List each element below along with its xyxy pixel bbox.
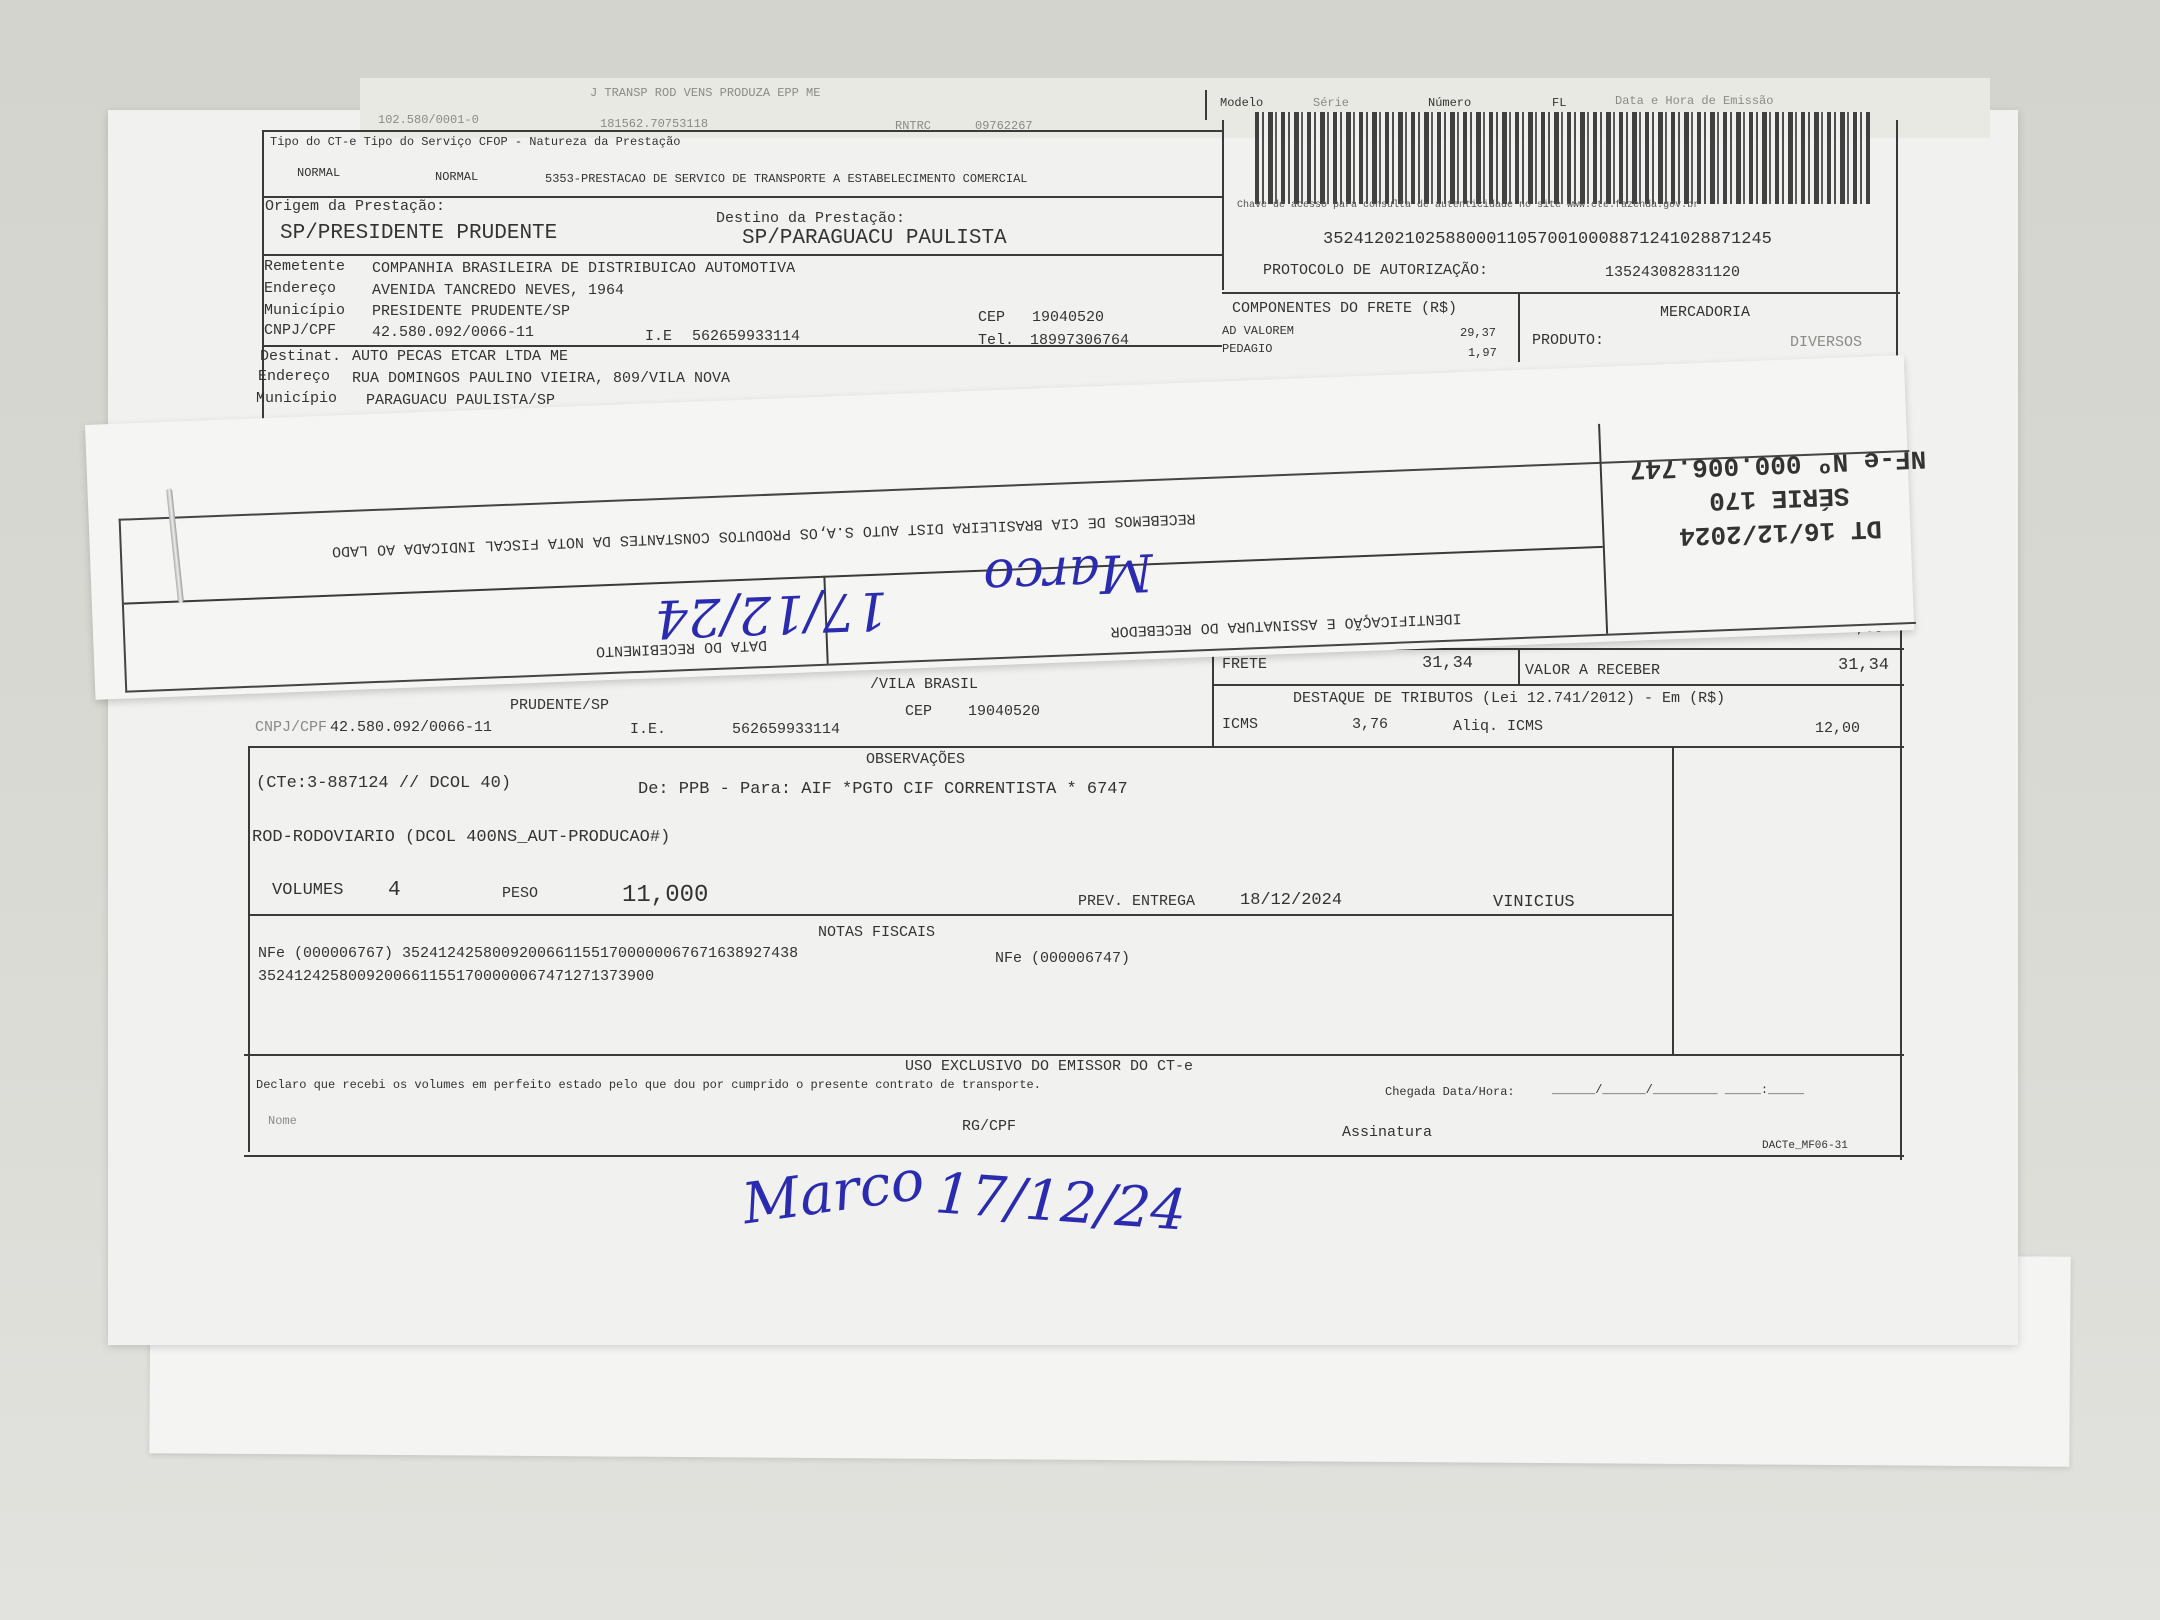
divider <box>248 746 1904 748</box>
issuer-declaration: Declaro que recebi os volumes em perfeit… <box>256 1078 1041 1092</box>
divider <box>248 746 250 1152</box>
frete-value: 31,34 <box>1422 654 1473 673</box>
arrival-blanks: ______/______/_________ _____:_____ <box>1552 1083 1804 1097</box>
barcode-caption: Chave de acesso para consulta de autenti… <box>1237 200 1699 211</box>
operator-name: VINICIUS <box>1493 893 1575 912</box>
divider <box>262 130 1222 132</box>
partial-city-fragment: PRUDENTE/SP <box>510 697 609 714</box>
volumes-value: 4 <box>388 879 401 902</box>
divider <box>262 254 1222 256</box>
recipient-city-label: Município <box>256 390 337 407</box>
sender-city-label: Município <box>264 302 345 319</box>
label-data-hora-emissao: Data e Hora de Emissão <box>1615 94 1773 108</box>
divider <box>1212 648 1214 748</box>
sender-ie: 562659933114 <box>692 328 800 345</box>
sender-ie-label: I.E <box>645 328 672 345</box>
receipt-handwritten-date: 17/12/24 <box>654 579 890 648</box>
peso-value: 11,000 <box>622 882 708 909</box>
sender-label: Remetente <box>264 258 345 275</box>
form-code: DACTe_MF06-31 <box>1762 1140 1848 1152</box>
icms-label: ICMS <box>1222 716 1258 733</box>
cfop-value: 5353-PRESTACAO DE SERVICO DE TRANSPORTE … <box>545 172 1027 186</box>
recipient-label: Destinat. <box>260 348 341 365</box>
emitter-cnpj-fragment: 102.580/0001-0 <box>378 113 479 127</box>
divider <box>248 914 1674 916</box>
recipient-city: PARAGUACU PAULISTA/SP <box>366 392 555 409</box>
taxes-title: DESTAQUE DE TRIBUTOS (Lei 12.741/2012) -… <box>1293 690 1725 707</box>
prev-entrega-value: 18/12/2024 <box>1240 891 1342 910</box>
divider <box>244 1155 1904 1157</box>
freight-item-value: 29,37 <box>1460 326 1496 340</box>
partial-ie-label: I.E. <box>630 721 666 738</box>
divider <box>262 345 1222 347</box>
partial-cep: 19040520 <box>968 703 1040 720</box>
sender-cnpj-label: CNPJ/CPF <box>264 322 336 339</box>
divider <box>1518 292 1520 362</box>
issuer-use-title: USO EXCLUSIVO DO EMISSOR DO CT-e <box>905 1058 1193 1075</box>
partial-neighborhood: /VILA BRASIL <box>870 676 978 693</box>
barcode <box>1255 112 1870 204</box>
emitter-fragment: J TRANSP ROD VENS PRODUZA EPP ME <box>590 86 820 100</box>
divider <box>1900 748 1902 1160</box>
tipo-cte-value: NORMAL <box>297 166 340 180</box>
divider <box>1205 90 1207 120</box>
invoice-line-1b: NFe (000006747) <box>995 950 1130 967</box>
merchandise-title: MERCADORIA <box>1660 304 1750 321</box>
partial-cep-label: CEP <box>905 703 932 720</box>
partial-cnpj-label: CNPJ/CPF <box>255 719 327 736</box>
divider <box>1222 292 1900 294</box>
invoice-line-2: 3524124258009200661155170000006747127137… <box>258 968 654 985</box>
label-fl: FL <box>1552 96 1566 110</box>
divider <box>1598 424 1608 634</box>
sender-cep: 19040520 <box>1032 309 1104 326</box>
sender-cnpj: 42.580.092/0066-11 <box>372 324 534 341</box>
valor-receber-label: VALOR A RECEBER <box>1525 662 1660 679</box>
observations-line2: ROD-RODOVIARIO (DCOL 400NS_AUT-PRODUCAO#… <box>252 828 670 847</box>
emitter-ie-fragment: 181562.70753118 <box>600 117 708 131</box>
origin-label: Origem da Prestação: <box>265 198 445 215</box>
arrival-label: Chegada Data/Hora: <box>1385 1085 1515 1099</box>
sender-name: COMPANHIA BRASILEIRA DE DISTRIBUICAO AUT… <box>372 260 795 277</box>
invoices-title: NOTAS FISCAIS <box>818 924 935 941</box>
volumes-label: VOLUMES <box>272 881 343 900</box>
valor-receber-value: 31,34 <box>1838 656 1889 675</box>
observations-line1-b: De: PPB - Para: AIF *PGTO CIF CORRENTIST… <box>638 780 1128 799</box>
tipo-servico-value: NORMAL <box>435 170 478 184</box>
signature-label: Assinatura <box>1342 1124 1432 1141</box>
sender-address-label: Endereço <box>264 280 336 297</box>
icms-value: 3,76 <box>1352 716 1388 733</box>
freight-item-label: PEDAGIO <box>1222 342 1272 356</box>
freight-components-title: COMPONENTES DO FRETE (R$) <box>1232 300 1457 317</box>
protocol-value: 135243082831120 <box>1605 264 1740 281</box>
label-numero: Número <box>1428 96 1471 110</box>
freight-item-value: 1,97 <box>1468 346 1497 360</box>
recipient-name: AUTO PECAS ETCAR LTDA ME <box>352 348 568 365</box>
origin-value: SP/PRESIDENTE PRUDENTE <box>280 222 557 245</box>
prev-entrega-label: PREV. ENTREGA <box>1078 893 1195 910</box>
divider <box>1518 648 1520 684</box>
sender-address: AVENIDA TANCREDO NEVES, 1964 <box>372 282 624 299</box>
frete-label: FRETE <box>1222 656 1267 673</box>
recipient-address: RUA DOMINGOS PAULINO VIEIRA, 809/VILA NO… <box>352 370 730 387</box>
peso-label: PESO <box>502 885 538 902</box>
destination-label: Destino da Prestação: <box>716 210 905 227</box>
sender-cep-label: CEP <box>978 309 1005 326</box>
divider <box>1672 748 1674 1056</box>
merchandise-product-label: PRODUTO: <box>1532 332 1604 349</box>
label-modelo: Modelo <box>1220 96 1263 110</box>
service-header: Tipo do CT-e Tipo do Serviço CFOP - Natu… <box>270 135 680 149</box>
aliq-icms-value: 12,00 <box>1815 720 1860 737</box>
aliq-icms-label: Aliq. ICMS <box>1453 718 1543 735</box>
divider <box>244 1054 1904 1056</box>
receipt-nfe-block: DT 16/12/2024 SÉRIE 170 NF-e Nº 000.006.… <box>1629 441 1929 554</box>
divider <box>1896 120 1898 370</box>
merchandise-product-value: DIVERSOS <box>1790 334 1862 351</box>
name-label: Nome <box>268 1114 297 1128</box>
label-serie: Série <box>1313 96 1349 110</box>
receipt-handwritten-signature: Marco <box>982 541 1154 607</box>
observations-line1-a: (CTe:3-887124 // DCOL 40) <box>256 774 511 793</box>
invoice-line-1: NFe (000006767) 352412425800920066115517… <box>258 945 798 962</box>
observations-title: OBSERVAÇÕES <box>866 751 965 768</box>
recipient-address-label: Endereço <box>258 368 330 385</box>
divider <box>1222 120 1224 290</box>
access-key: 3524120210258800011057001000887124102887… <box>1323 230 1772 249</box>
receipt-id-label: IDENTIFICAÇÃO E ASSINATURA DO RECEBEDOR <box>1110 609 1461 639</box>
freight-item-label: AD VALOREM <box>1222 324 1294 338</box>
partial-ie: 562659933114 <box>732 721 840 738</box>
divider <box>1212 684 1904 686</box>
rg-cpf-label: RG/CPF <box>962 1118 1016 1135</box>
partial-cnpj: 42.580.092/0066-11 <box>330 719 492 736</box>
destination-value: SP/PARAGUACU PAULISTA <box>742 227 1007 250</box>
sender-city: PRESIDENTE PRUDENTE/SP <box>372 303 570 320</box>
protocol-label: PROTOCOLO DE AUTORIZAÇÃO: <box>1263 262 1488 279</box>
